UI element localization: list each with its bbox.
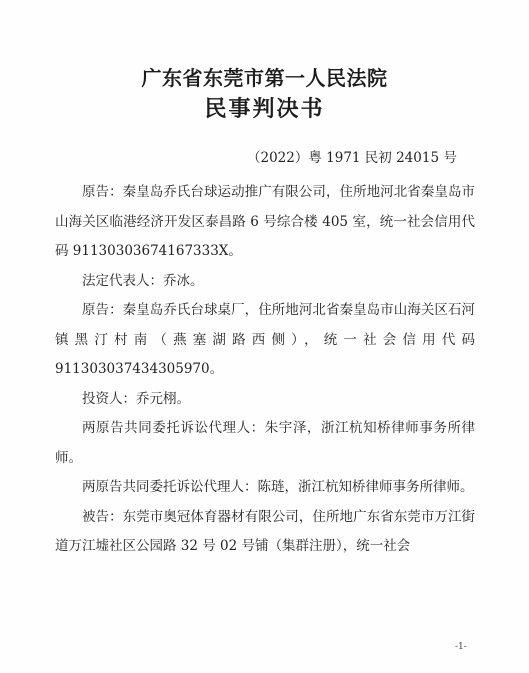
document-page: 广东省东莞市第一人民法院 民事判决书 （2022）粤 1971 民初 24015… <box>0 0 529 673</box>
case-number: （2022）粤 1971 民初 24015 号 <box>247 146 457 166</box>
defendant-paragraph: 被告：东莞市奥冠体育器材有限公司，住所地广东省东莞市万江街道万江墟社区公园路 3… <box>55 503 475 562</box>
page-number: -1- <box>455 642 467 652</box>
investor-paragraph: 投资人：乔元栩。 <box>55 385 475 415</box>
court-name-heading: 广东省东莞市第一人民法院 <box>0 62 529 91</box>
plaintiff-1-paragraph: 原告：秦皇岛乔氏台球运动推广有限公司，住所地河北省秦皇岛市山海关区临港经济开发区… <box>55 178 475 267</box>
agent-2-paragraph: 两原告共同委托诉讼代理人：陈琏，浙江杭知桥律师事务所律师。 <box>55 473 475 503</box>
agent-1-paragraph: 两原告共同委托诉讼代理人：朱宇泽，浙江杭知桥律师事务所律师。 <box>55 414 475 473</box>
document-type-heading: 民事判决书 <box>0 92 529 123</box>
document-body: 原告：秦皇岛乔氏台球运动推广有限公司，住所地河北省秦皇岛市山海关区临港经济开发区… <box>55 178 475 562</box>
plaintiff-2-paragraph: 原告：秦皇岛乔氏台球桌厂，住所地河北省秦皇岛市山海关区石河镇黑汀村南（燕塞湖路西… <box>55 296 475 385</box>
legal-representative-paragraph: 法定代表人：乔冰。 <box>55 267 475 297</box>
